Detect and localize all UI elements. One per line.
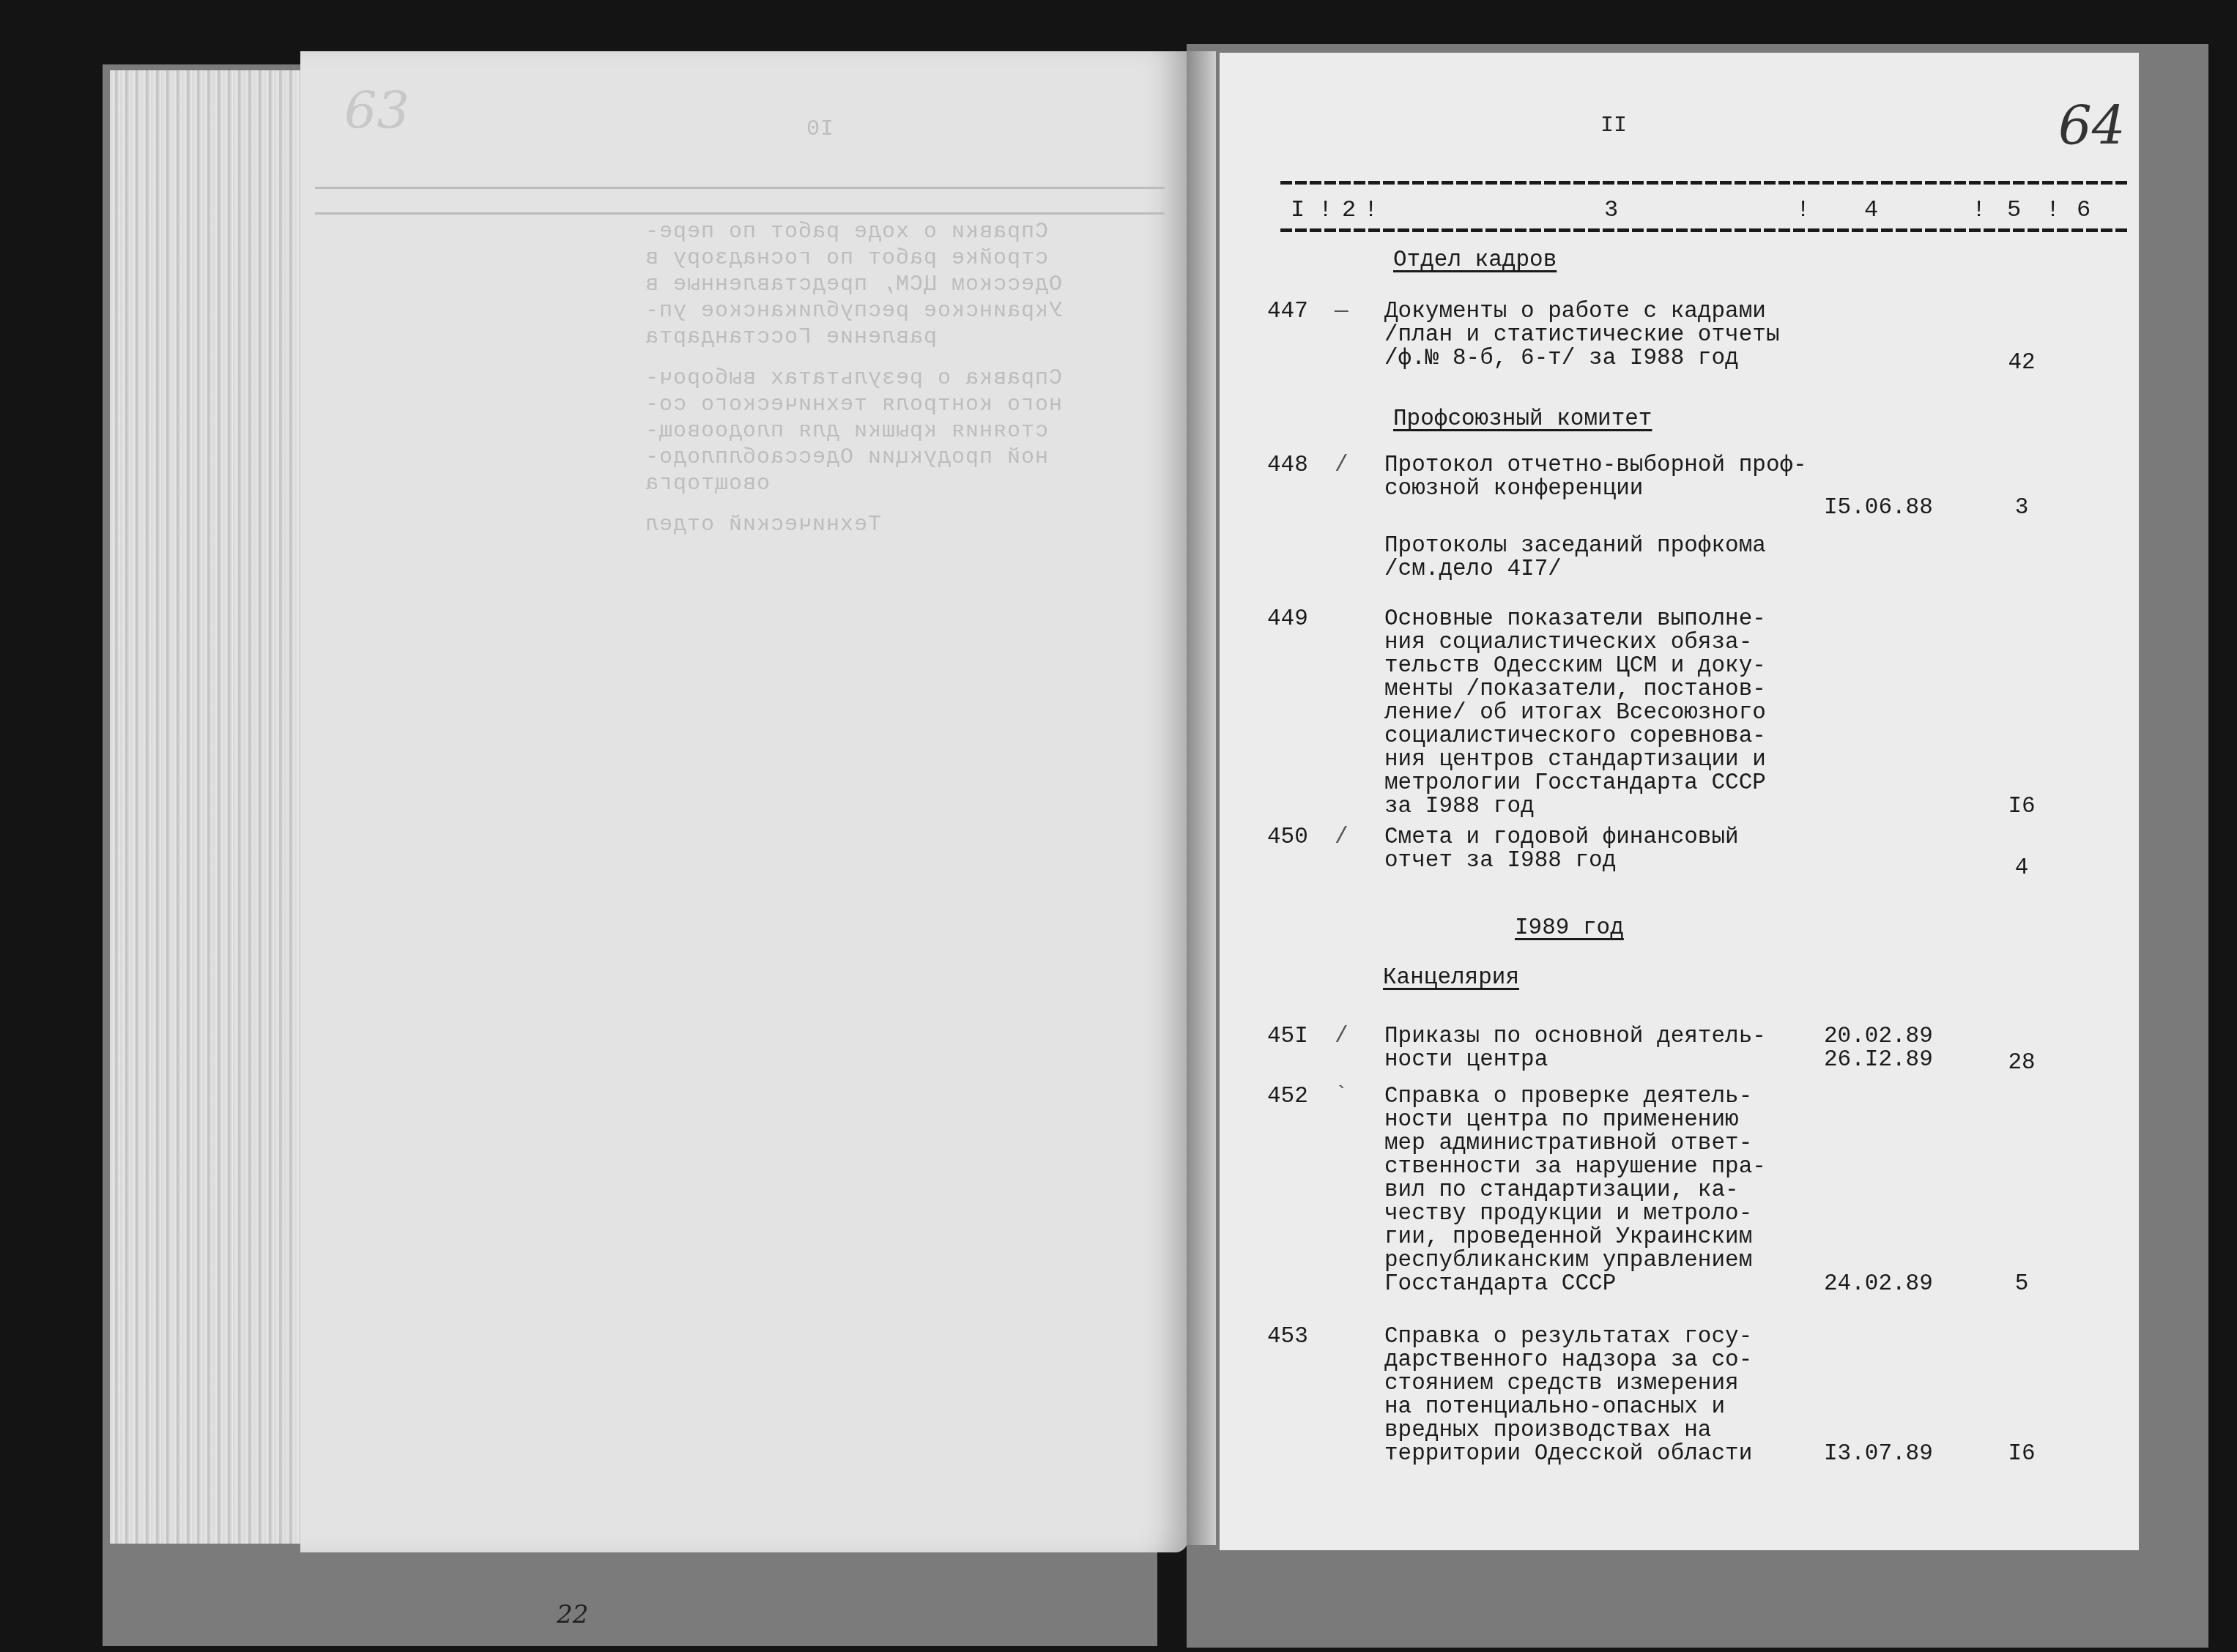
case-title: Документы о работе с кадрами /план и ста… <box>1384 300 1795 371</box>
column-header-5: 5 <box>2007 196 2021 223</box>
sheet-count: 4 <box>1992 857 2051 880</box>
left-folio-number: 63 <box>344 81 409 141</box>
column-header-3: 3 <box>1604 196 1618 223</box>
section-trade-union: Профсоюзный комитет <box>1393 406 1652 432</box>
case-number: 453 <box>1267 1325 1308 1349</box>
right-folio-number: 64 <box>2058 95 2126 157</box>
check-mark: / <box>1335 826 1348 849</box>
column-header-2: 2 <box>1342 196 1356 223</box>
case-title: Протоколы заседаний профкома /см.дело 4I… <box>1384 535 1795 581</box>
case-number: 452 <box>1267 1085 1308 1109</box>
col-sep: ! <box>2046 196 2060 223</box>
case-dates: 24.02.89 <box>1824 1273 1933 1296</box>
sheet-count: 42 <box>1992 351 2051 375</box>
show-through-line: Украинское республиканское уп- <box>645 299 1062 324</box>
case-number: 448 <box>1267 454 1308 477</box>
case-number: 45I <box>1267 1025 1308 1049</box>
show-through-line: ного контроля технического со- <box>645 392 1062 417</box>
show-through-line: стояния крышки для плодоовощ- <box>645 419 1048 444</box>
case-dates: I5.06.88 <box>1824 496 1933 520</box>
case-number: 449 <box>1267 608 1308 631</box>
case-title: Основные показатели выполне- ния социали… <box>1384 608 1795 819</box>
show-through-line: Одесском ЦСМ, представленные в <box>645 272 1062 297</box>
column-header-4: 4 <box>1864 196 1878 223</box>
case-title: Протокол отчетно-выборной проф- союзной … <box>1384 454 1795 501</box>
section-year-1989: I989 год <box>1515 915 1624 941</box>
col-sep: ! <box>1972 196 1986 223</box>
column-header-6: 6 <box>2077 196 2091 223</box>
show-through-line: овощторга <box>645 472 770 496</box>
left-header-rule-bottom <box>315 212 1165 215</box>
col-sep: ! <box>1318 196 1332 223</box>
column-header-1: I <box>1291 196 1305 223</box>
sheet-count: 28 <box>1992 1052 2051 1075</box>
show-through-line: Справка о результатах выбороч- <box>645 366 1062 391</box>
book-gutter <box>1187 51 1216 1545</box>
table-header-rule-bottom <box>1280 228 2130 232</box>
case-number: 447 <box>1267 300 1308 324</box>
show-through-line: Справки о ходе работ по пере- <box>645 220 1048 245</box>
sheet-count: I6 <box>1992 1443 2051 1466</box>
section-chancellery: Канцелярия <box>1383 965 1519 991</box>
case-dates: I3.07.89 <box>1824 1443 1933 1466</box>
check-mark: — <box>1335 300 1348 324</box>
show-through-line: Технический отдел <box>645 513 881 537</box>
check-mark: / <box>1335 1025 1348 1049</box>
case-number: 450 <box>1267 826 1308 849</box>
case-dates: 20.02.89 26.I2.89 <box>1824 1025 1933 1072</box>
left-page-number: I0 <box>806 117 834 142</box>
table-header-rule-top <box>1280 181 2130 185</box>
section-personnel: Отдел кадров <box>1393 248 1557 273</box>
case-title: Справка о проверке деятель- ности центра… <box>1384 1085 1795 1296</box>
case-title: Справка о результатах госу- дарственного… <box>1384 1325 1795 1466</box>
right-page-number: II <box>1600 114 1627 138</box>
sheet-count: 3 <box>1992 496 2051 520</box>
sheet-count: 5 <box>1992 1273 2051 1296</box>
page-edges-stack <box>110 70 308 1544</box>
sheet-count: I6 <box>1992 795 2051 819</box>
check-mark: ` <box>1335 1085 1348 1109</box>
show-through-line: ной продукции Одессаоблплодо- <box>645 445 1048 470</box>
col-sep: ! <box>1796 196 1810 223</box>
case-title: Приказы по основной деятель- ности центр… <box>1384 1025 1795 1072</box>
left-header-rule-top <box>315 187 1165 189</box>
bottom-pencil-number: 22 <box>557 1600 588 1629</box>
col-sep: ! <box>1364 196 1378 223</box>
check-mark: / <box>1335 454 1348 477</box>
show-through-line: равление Госстандарта <box>645 325 937 350</box>
case-title: Смета и годовой финансовый отчет за I988… <box>1384 826 1795 873</box>
show-through-line: стройке работ по госнадзору в <box>645 246 1048 271</box>
